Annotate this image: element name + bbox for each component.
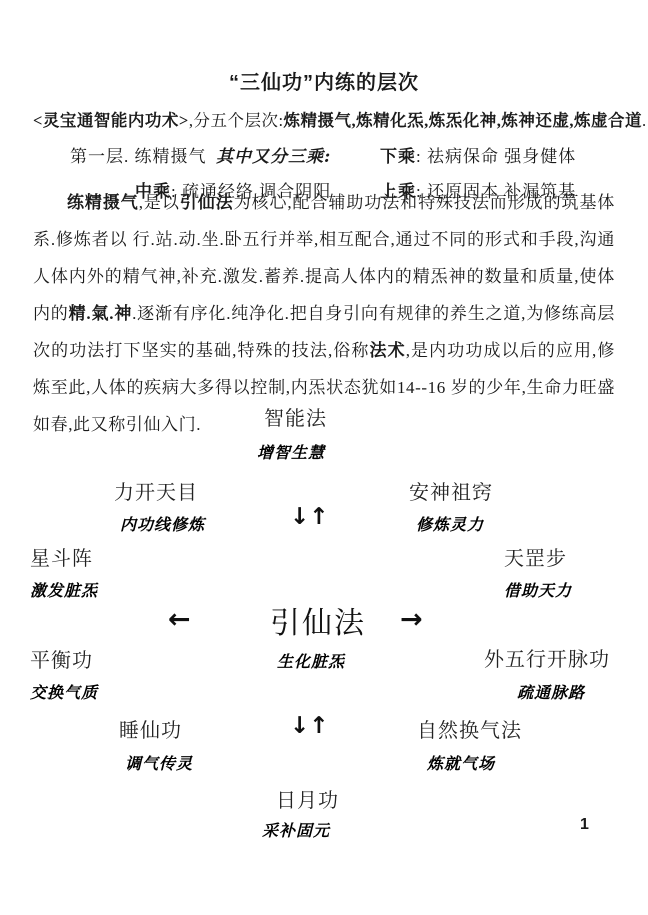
node-tiangangbu-label: 天罡步 bbox=[504, 542, 567, 571]
right-arrow-icon: → bbox=[400, 604, 423, 635]
node-likaitianmu-label: 力开天目 bbox=[114, 476, 198, 505]
document-page: “三仙功”内练的层次 <灵宝通智能内功术>,分五个层次:炼精摄气,炼精化炁,炼炁… bbox=[0, 0, 648, 915]
node-riyuegong-label: 日月功 bbox=[276, 784, 339, 813]
node-zhinengfa-annotation: 增智生慧 bbox=[257, 440, 325, 463]
node-shuixiangong-annotation: 调气传灵 bbox=[125, 751, 193, 774]
center-node-annotation: 生化脏炁 bbox=[277, 649, 345, 672]
node-waiwuxing-annotation: 疏通脉路 bbox=[517, 680, 585, 703]
practice-diagram: 智能法 增智生慧 力开天目 内功线修炼 安神祖窍 修炼灵力 ↓↑ 星斗阵 激发脏… bbox=[0, 0, 648, 915]
node-riyuegong-annotation: 采补固元 bbox=[262, 818, 330, 841]
center-node-yinxianfa: 引仙法 bbox=[270, 598, 366, 642]
node-xingdouzhen-label: 星斗阵 bbox=[30, 542, 93, 571]
node-ziranhuanqifa-label: 自然换气法 bbox=[417, 714, 522, 743]
node-likaitianmu-annotation: 内功线修炼 bbox=[120, 512, 205, 535]
node-pinghenggong-annotation: 交换气质 bbox=[30, 680, 98, 703]
node-xingdouzhen-annotation: 激发脏炁 bbox=[30, 578, 98, 601]
node-anshenzuqiao-label: 安神祖窍 bbox=[409, 476, 493, 505]
node-tiangangbu-annotation: 借助天力 bbox=[504, 578, 572, 601]
node-anshenzuqiao-annotation: 修炼灵力 bbox=[416, 512, 484, 535]
down-up-arrow-icon: ↓↑ bbox=[290, 504, 329, 530]
down-up-arrow-icon: ↓↑ bbox=[290, 713, 329, 739]
page-number: 1 bbox=[580, 816, 589, 834]
node-ziranhuanqifa-annotation: 炼就气场 bbox=[427, 751, 495, 774]
node-shuixiangong-label: 睡仙功 bbox=[119, 714, 182, 743]
node-waiwuxing-label: 外五行开脉功 bbox=[484, 643, 610, 672]
left-arrow-icon: ← bbox=[168, 604, 191, 635]
node-zhinengfa-label: 智能法 bbox=[264, 402, 327, 431]
node-pinghenggong-label: 平衡功 bbox=[30, 644, 93, 673]
